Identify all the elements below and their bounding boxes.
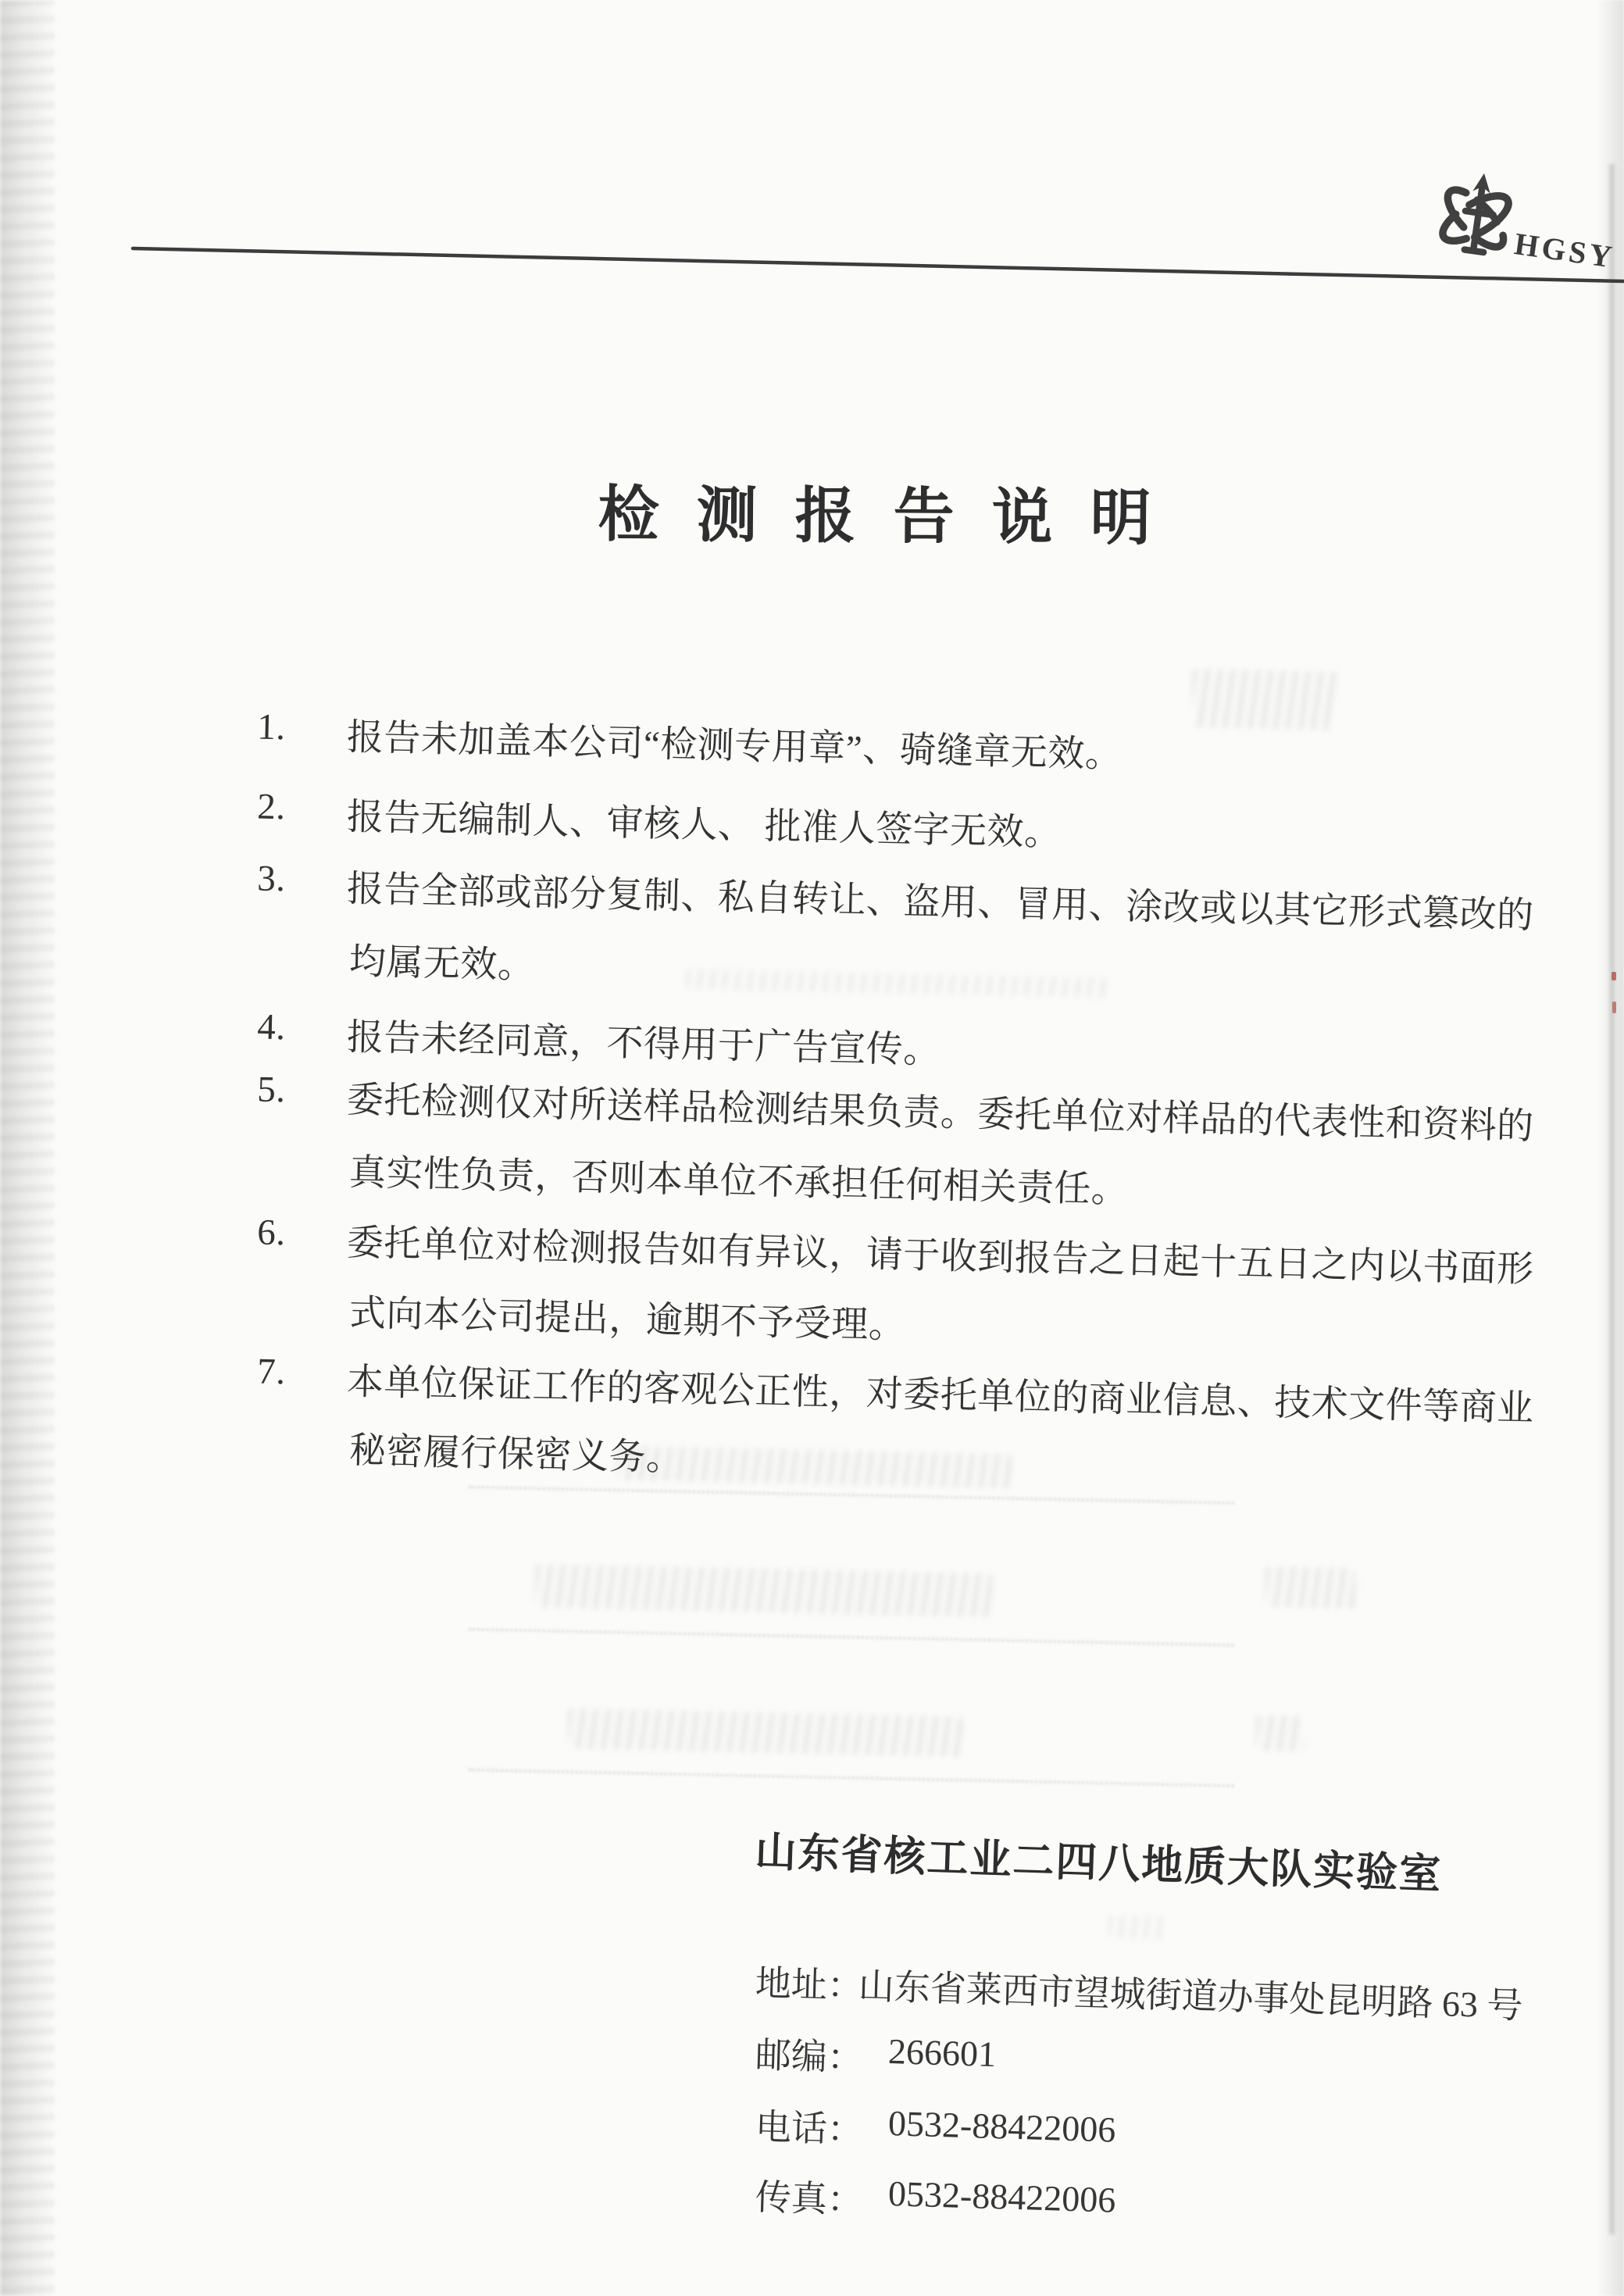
contact-postcode: 邮编： 266601 — [755, 2026, 997, 2085]
contact-label: 地址： — [755, 1955, 859, 2009]
contact-value: 山东省莱西市望城街道办事处昆明路 63 号 — [858, 1958, 1524, 2029]
note-line: 报告未加盖本公司“检测专用章”、骑缝章无效。 — [346, 708, 1123, 778]
note-line: 均属无效。 — [348, 932, 535, 988]
note-line: 委托检测仅对所送样品检测结果负责。委托单位对样品的代表性和资料的 — [346, 1070, 1534, 1149]
red-speck — [1612, 1002, 1616, 1013]
note-number: 5. — [257, 1068, 320, 1112]
bleed-through-smudge — [686, 969, 1108, 998]
contact-phone: 电话： 0532-88422006 — [755, 2098, 1116, 2161]
contact-value: 0532-88422006 — [887, 2173, 1116, 2231]
note-number: 7. — [257, 1350, 320, 1394]
scan-streak — [1609, 164, 1615, 2234]
bleed-through-smudge — [617, 1446, 1012, 1489]
note-number: 6. — [257, 1211, 320, 1255]
bleed-through-smudge — [534, 1564, 992, 1617]
note-line: 报告全部或部分复制、私自转让、盗用、冒用、涂改或以其它形式篡改的 — [346, 859, 1534, 938]
scanned-document-page: { "page": { "title": "检测报告说明", "logo_tex… — [0, 0, 1624, 2296]
bleed-through-smudge — [568, 1709, 963, 1758]
contact-label: 传真： — [755, 2169, 859, 2223]
bleed-through-smudge — [1256, 1715, 1305, 1751]
note-line: 真实性负责，否则本单位不承担任何相关责任。 — [348, 1143, 1129, 1213]
header-rule-line — [0, 0, 1624, 328]
note-number: 1. — [257, 705, 320, 749]
bleed-through-smudge — [1191, 669, 1337, 730]
note-number: 3. — [257, 857, 320, 901]
contact-address: 地址： 山东省莱西市望城街道办事处昆明路 63 号 — [755, 1955, 1524, 2029]
note-line: 报告无编制人、审核人、 批准人签字无效。 — [346, 787, 1062, 856]
red-speck — [1612, 972, 1616, 980]
page-title: 检测报告说明 — [598, 466, 1189, 557]
note-line: 式向本公司提出，逾期不予受理。 — [348, 1284, 906, 1348]
bleed-through-line — [469, 1628, 1234, 1647]
contact-value: 266601 — [887, 2030, 997, 2085]
scan-edge-left — [0, 0, 55, 2296]
note-line: 本单位保证工作的客观公正性，对委托单位的商业信息、技术文件等商业 — [346, 1352, 1534, 1431]
contact-label: 邮编： — [755, 2026, 859, 2081]
note-line: 报告未经同意，不得用于广告宣传。 — [346, 1008, 940, 1073]
company-name: 山东省核工业二四八地质大队实验室 — [754, 1819, 1443, 1901]
contact-fax: 传真： 0532-88422006 — [755, 2169, 1116, 2231]
note-number: 4. — [257, 1005, 320, 1049]
note-number: 2. — [257, 785, 320, 829]
note-line: 委托单位对检测报告如有异议，请于收到报告之日起十五日之内以书面形 — [346, 1213, 1534, 1292]
logo-text: HGSY — [1512, 225, 1618, 276]
contact-label: 电话： — [755, 2098, 859, 2153]
contact-value: 0532-88422006 — [887, 2102, 1116, 2161]
bleed-through-smudge — [1108, 1915, 1165, 1940]
bleed-through-smudge — [1265, 1566, 1355, 1609]
bleed-through-line — [469, 1486, 1234, 1505]
bleed-through-line — [469, 1769, 1234, 1787]
atom-icon — [1429, 166, 1522, 268]
